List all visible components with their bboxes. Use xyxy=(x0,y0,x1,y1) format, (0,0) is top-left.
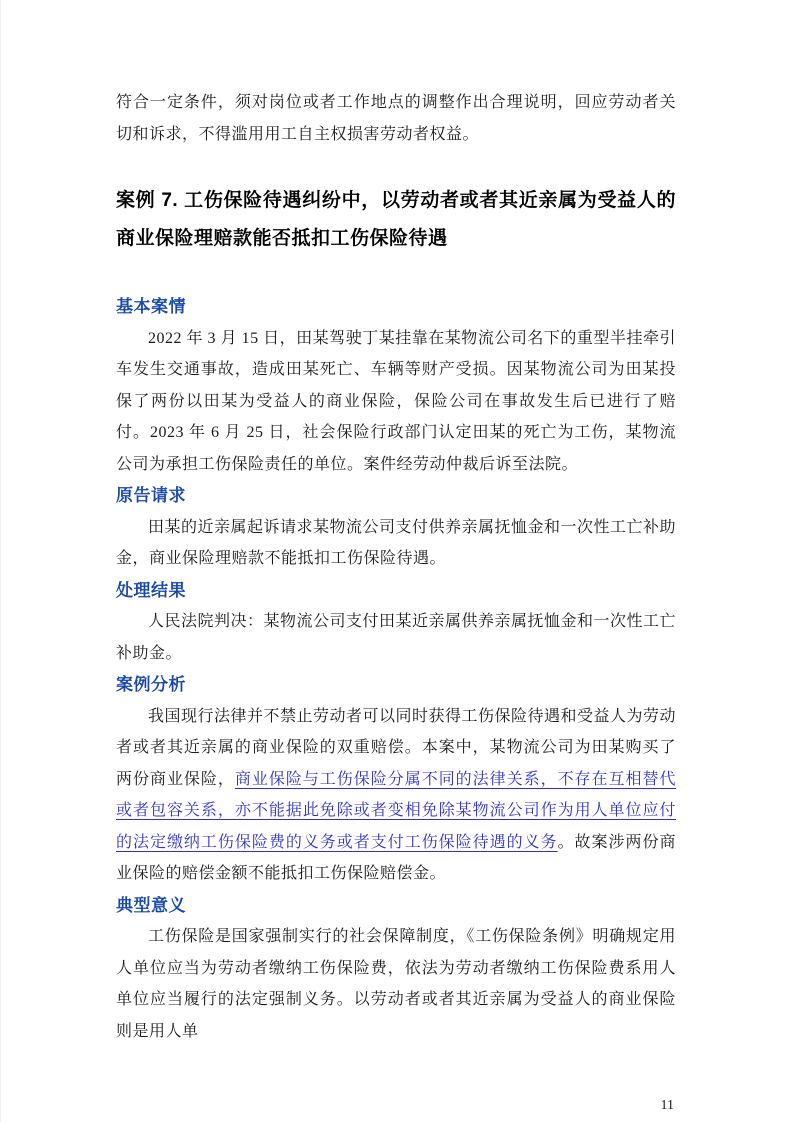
handling-result-paragraph: 人民法院判决：某物流公司支付田某近亲属供养亲属抚恤金和一次性工亡补助金。 xyxy=(116,606,676,669)
document-content: 符合一定条件，须对岗位或者工作地点的调整作出合理说明，回应劳动者关切和诉求，不得… xyxy=(116,87,676,1047)
case-title: 案例 7. 工伤保险待遇纠纷中，以劳动者或者其近亲属为受益人的商业保险理赔款能否… xyxy=(116,182,676,258)
document-page: 符合一定条件，须对岗位或者工作地点的调整作出合理说明，回应劳动者关切和诉求，不得… xyxy=(0,0,793,1122)
intro-paragraph: 符合一定条件，须对岗位或者工作地点的调整作出合理说明，回应劳动者关切和诉求，不得… xyxy=(116,87,676,150)
plaintiff-claim-paragraph: 田某的近亲属起诉请求某物流公司支付供养亲属抚恤金和一次性工亡补助金，商业保险理赔… xyxy=(116,512,676,575)
section-heading-plaintiff-claim: 原告请求 xyxy=(116,480,676,512)
case-analysis-paragraph: 我国现行法律并不禁止劳动者可以同时获得工伤保险待遇和受益人为劳动者或者其近亲属的… xyxy=(116,701,676,890)
section-heading-typical-significance: 典型意义 xyxy=(116,890,676,922)
section-heading-case-analysis: 案例分析 xyxy=(116,669,676,701)
basic-facts-paragraph: 2022 年 3 月 15 日，田某驾驶丁某挂靠在某物流公司名下的重型半挂牵引车… xyxy=(116,323,676,481)
page-number: 11 xyxy=(661,1098,674,1114)
section-heading-handling-result: 处理结果 xyxy=(116,575,676,607)
section-heading-basic-facts: 基本案情 xyxy=(116,291,676,323)
typical-significance-paragraph: 工伤保险是国家强制实行的社会保障制度，《工伤保险条例》明确规定用人单位应当为劳动… xyxy=(116,921,676,1047)
